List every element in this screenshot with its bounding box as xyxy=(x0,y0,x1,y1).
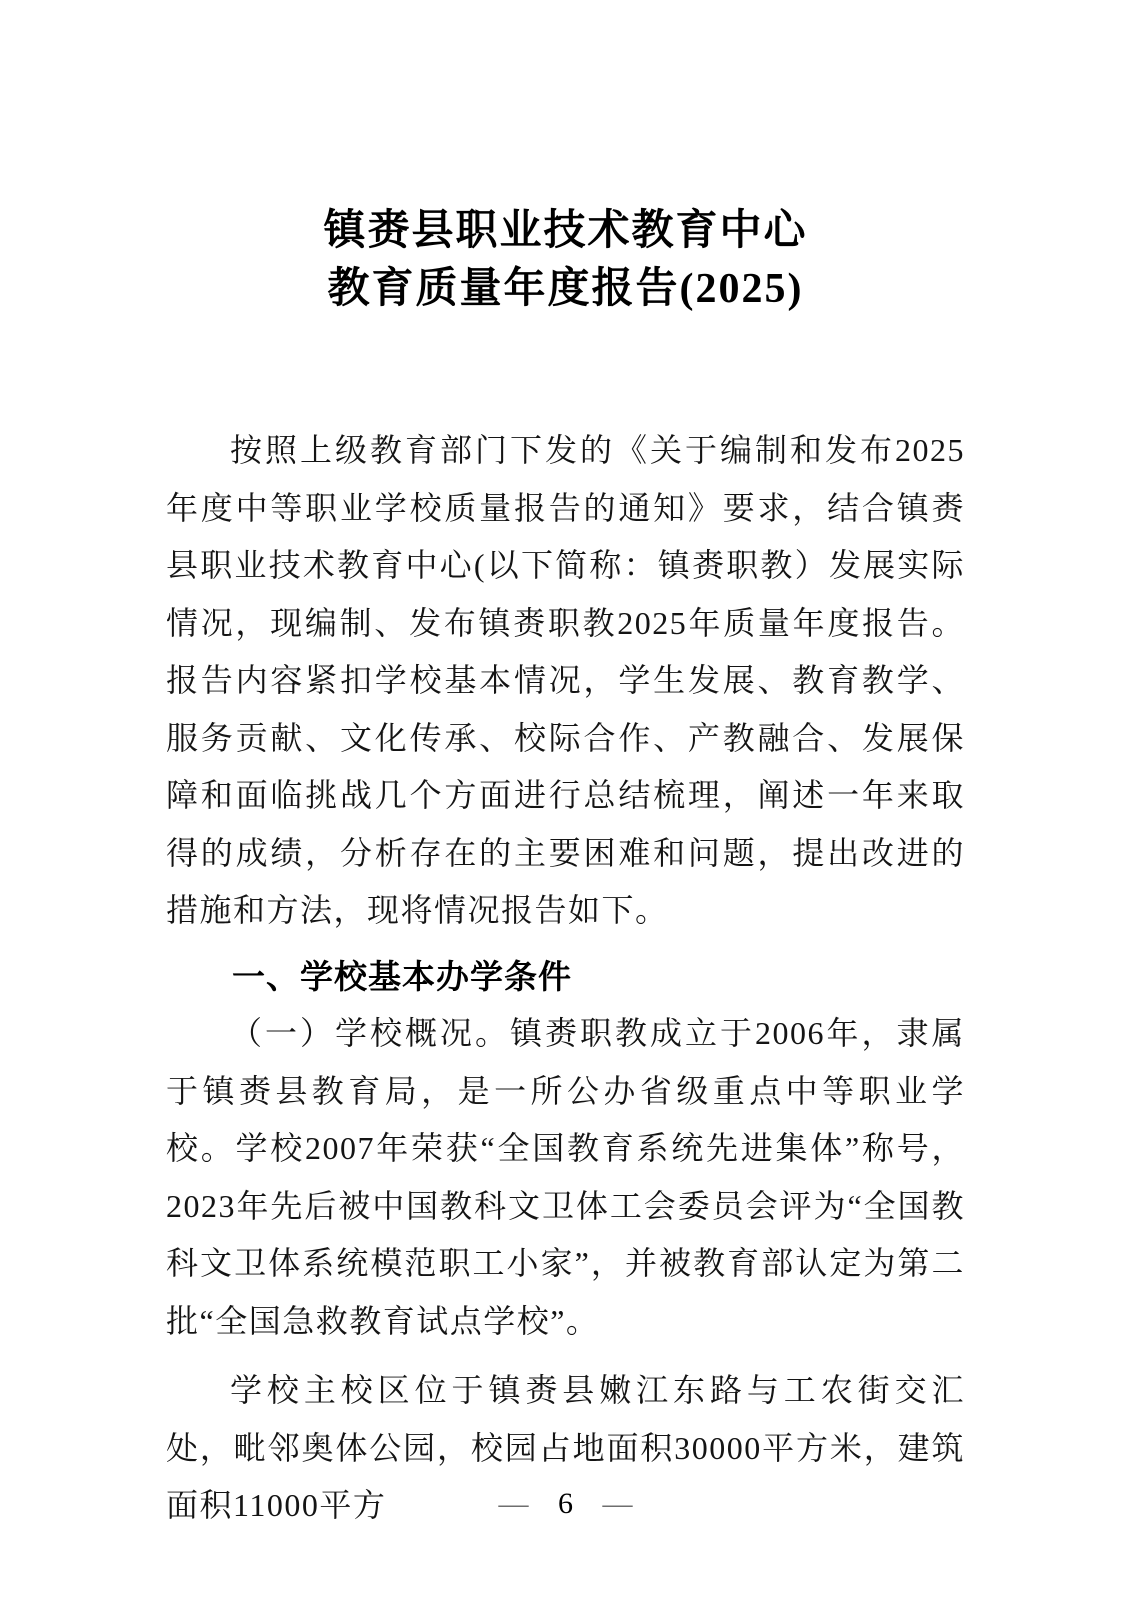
document-title: 镇赉县职业技术教育中心 教育质量年度报告(2025) xyxy=(166,202,965,318)
page-number-dash-left: — xyxy=(499,1487,529,1520)
section-1-heading: 一、学校基本办学条件 xyxy=(166,948,965,1006)
page-footer: — 6 — xyxy=(0,1486,1131,1522)
section-1-paragraph-overview: （一）学校概况。镇赉职教成立于2006年，隶属于镇赉县教育局，是一所公办省级重点… xyxy=(166,1005,965,1350)
document-body: 按照上级教育部门下发的《关于编制和发布2025年度中等职业学校质量报告的通知》要… xyxy=(166,422,965,1535)
document-title-line-1: 镇赉县职业技术教育中心 xyxy=(166,202,965,260)
page-number-dash-right: — xyxy=(603,1487,633,1520)
page-number: 6 xyxy=(558,1487,573,1520)
intro-paragraph: 按照上级教育部门下发的《关于编制和发布2025年度中等职业学校质量报告的通知》要… xyxy=(166,422,965,940)
document-title-line-2: 教育质量年度报告(2025) xyxy=(166,260,965,318)
document-page: 镇赉县职业技术教育中心 教育质量年度报告(2025) 按照上级教育部门下发的《关… xyxy=(0,0,1131,1600)
